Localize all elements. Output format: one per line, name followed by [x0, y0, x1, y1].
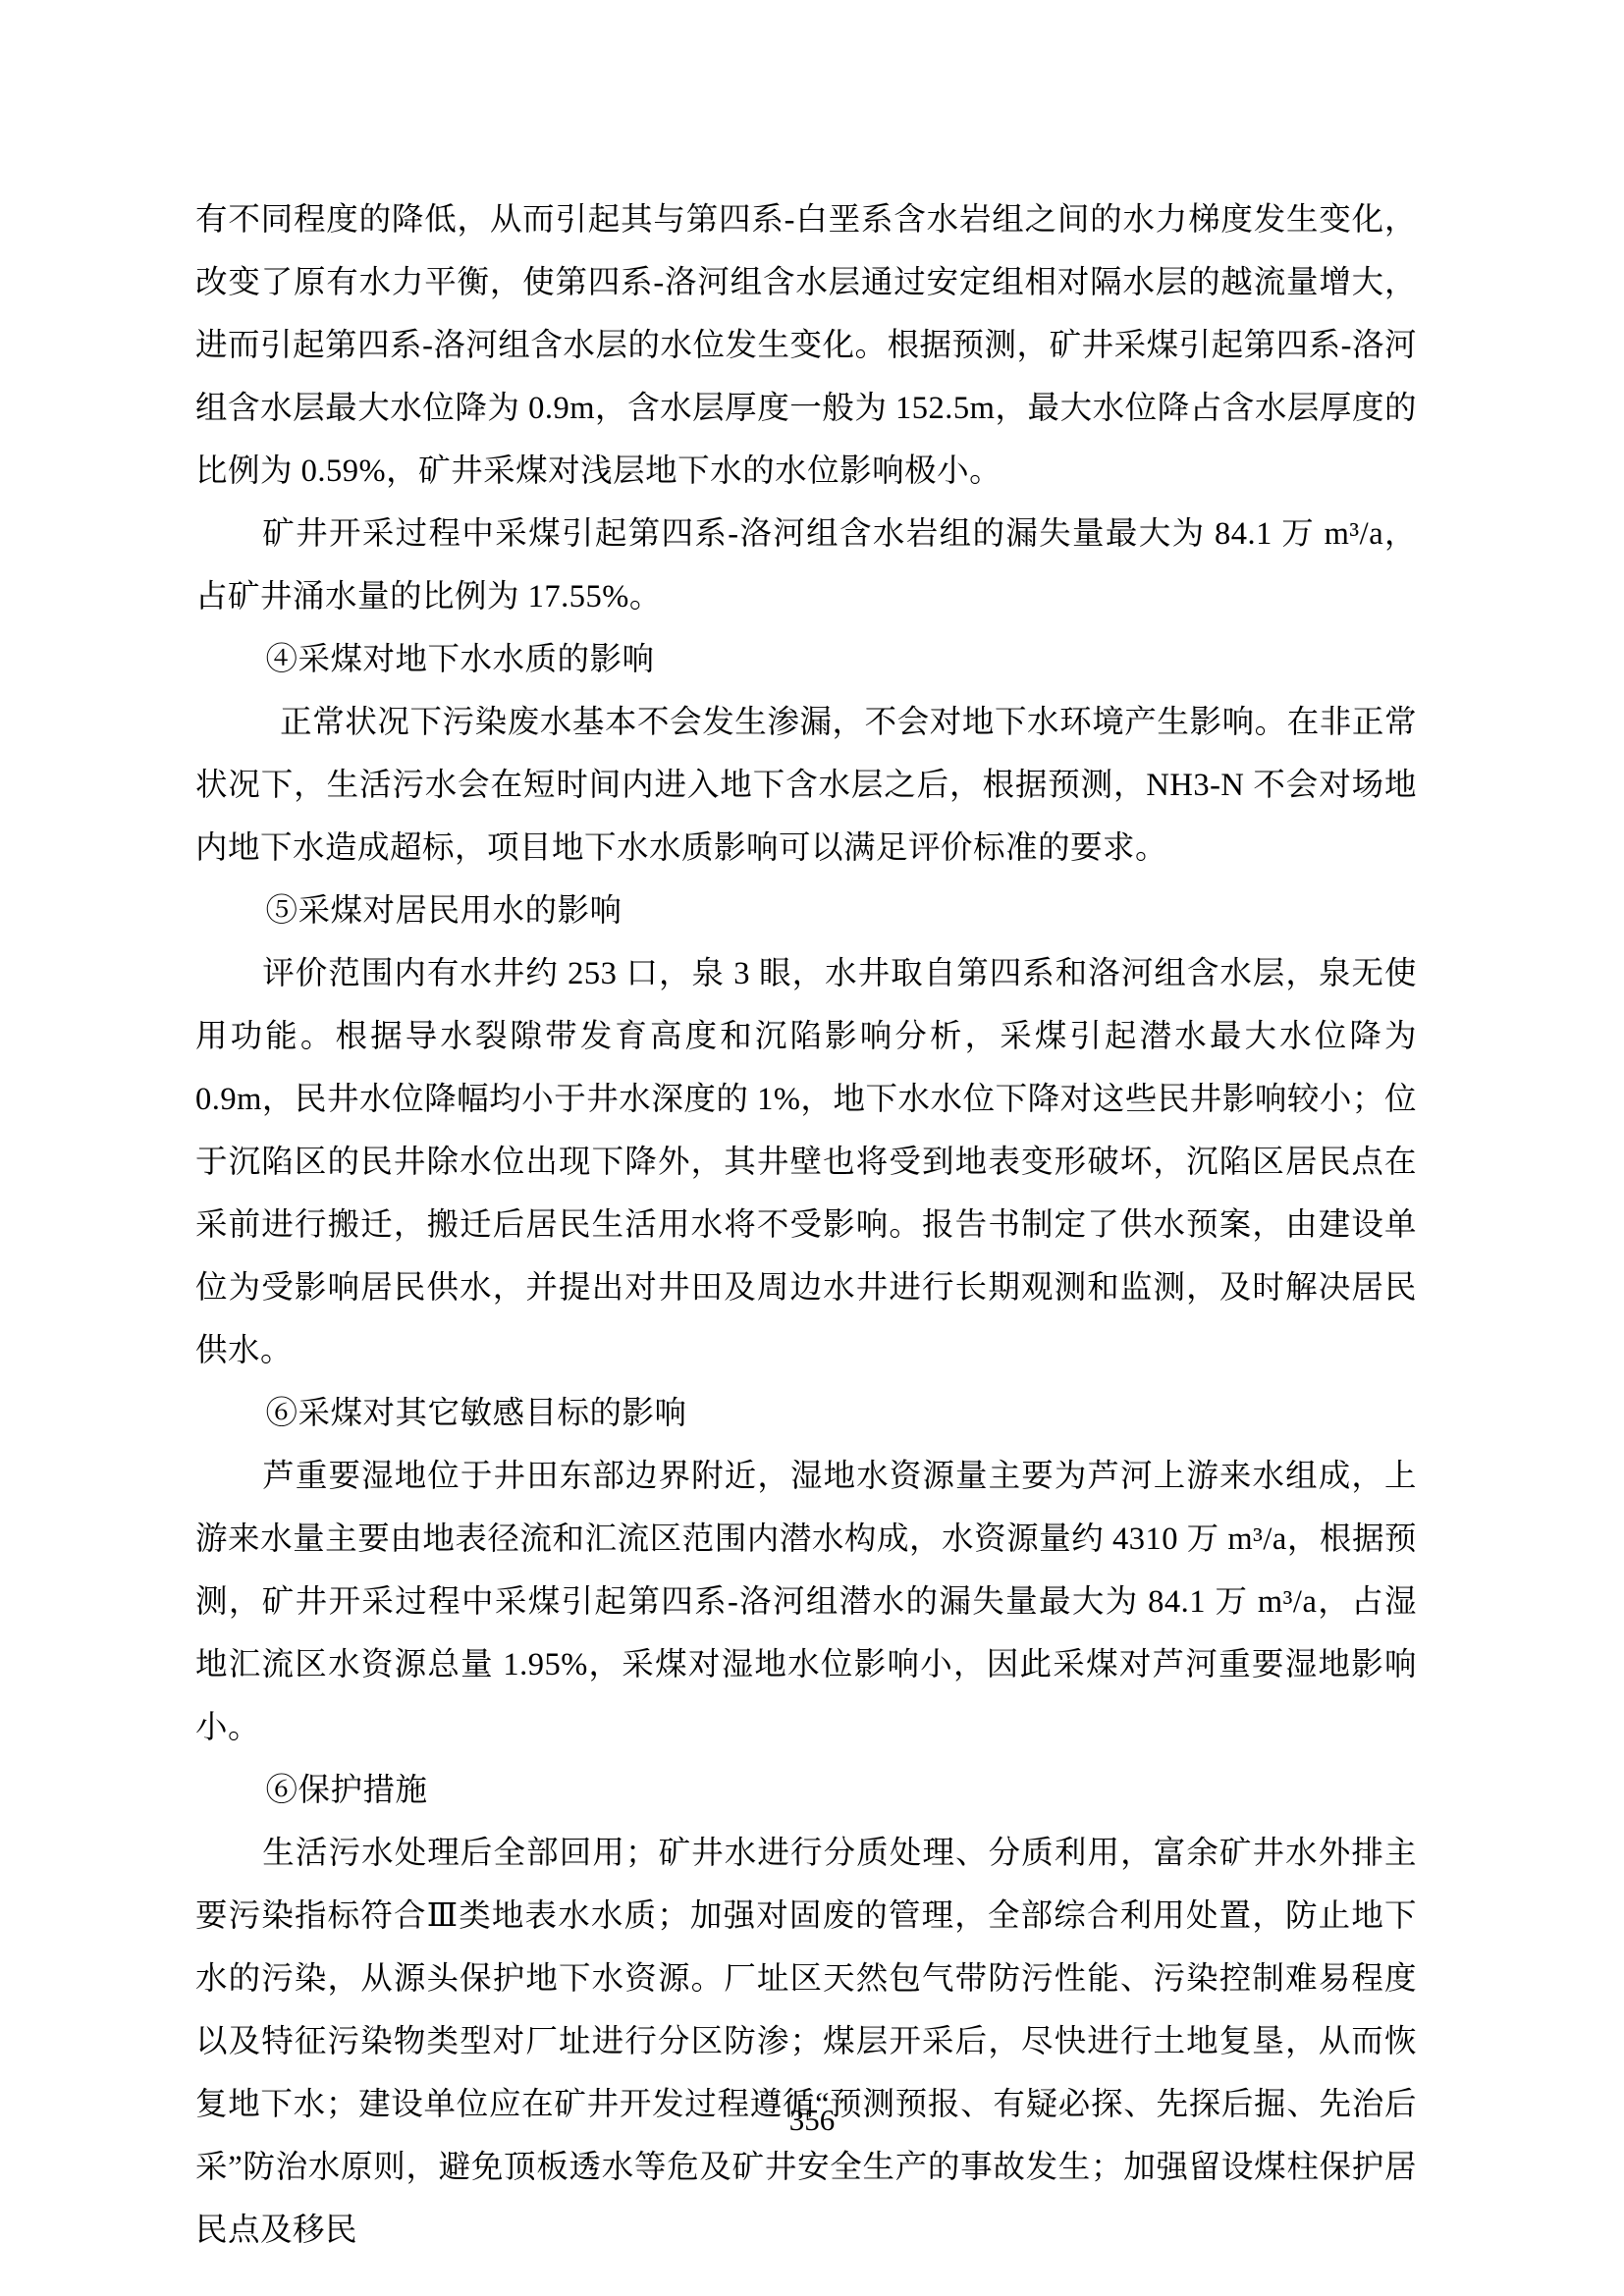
section-heading-sensitive-targets: ⑥采煤对其它敏感目标的影响 — [195, 1382, 1417, 1445]
section-heading-resident-water: ⑤采煤对居民用水的影响 — [195, 880, 1417, 942]
document-body: 有不同程度的降低，从而引起其与第四系-白垩系含水岩组之间的水力梯度发生变化，改变… — [195, 188, 1417, 2262]
page-footer: 356 — [0, 2101, 1624, 2140]
body-paragraph-continuation: 有不同程度的降低，从而引起其与第四系-白垩系含水岩组之间的水力梯度发生变化，改变… — [195, 188, 1417, 503]
body-paragraph-resident-water: 评价范围内有水井约 253 口，泉 3 眼，水井取自第四系和洛河组含水层，泉无使… — [195, 942, 1417, 1382]
document-page: 有不同程度的降低，从而引起其与第四系-白垩系含水岩组之间的水力梯度发生变化，改变… — [0, 0, 1624, 2296]
section-heading-protection-measures: ⑥保护措施 — [195, 1759, 1417, 1822]
body-paragraph-groundwater-quality: 正常状况下污染废水基本不会发生渗漏，不会对地下水环境产生影响。在非正常状况下，生… — [195, 691, 1417, 880]
body-paragraph-protection-measures: 生活污水处理后全部回用；矿井水进行分质处理、分质利用，富余矿井水外排主要污染指标… — [195, 1822, 1417, 2262]
body-paragraph-wetland-impact: 芦重要湿地位于井田东部边界附近，湿地水资源量主要为芦河上游来水组成，上游来水量主… — [195, 1445, 1417, 1759]
page-number: 356 — [789, 2103, 836, 2137]
section-heading-groundwater-quality: ④采煤对地下水水质的影响 — [195, 628, 1417, 691]
body-paragraph-mine-water-loss: 矿井开采过程中采煤引起第四系-洛河组含水岩组的漏失量最大为 84.1 万 m³/… — [195, 503, 1417, 628]
